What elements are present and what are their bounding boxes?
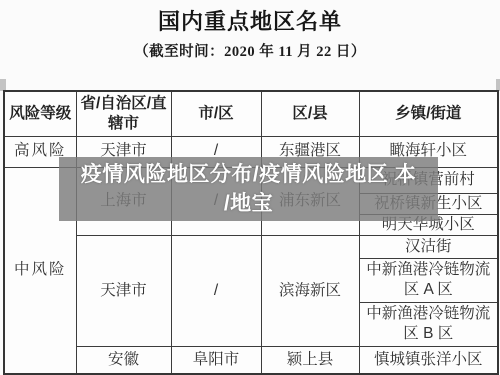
table-row: 天津市 / 滨海新区 汉沽街 [4,235,498,258]
header-city: 市/区 [171,91,261,136]
risk-area-table: 风险等级 省/自治区/直辖市 市/区 区/县 乡镇/街道 高风险 天津市 / 东… [3,90,499,375]
header-street: 乡镇/街道 [359,91,498,136]
watermark-overlay: 疫情风险地区分布/疫情风险地区 本 /地宝 [59,157,438,221]
page-title: 国内重点地区名单 [0,5,500,36]
watermark-line1: 疫情风险地区分布/疫情风险地区 本 [81,160,416,189]
city-cell: / [171,235,261,346]
district-cell: 滨海新区 [261,235,359,346]
header-risk-level: 风险等级 [4,91,76,136]
street-cell: 汉沽街 [359,235,498,258]
city-cell: 阜阳市 [171,346,261,374]
street-cell: 慎城镇张洋小区 [359,346,498,374]
street-cell: 中新渔港冷链物流区 A 区 [359,258,498,302]
header-district: 区/县 [261,91,359,136]
page-subtitle: （截至时间：2020 年 11 月 22 日） [0,40,500,61]
watermark-line2: /地宝 [224,189,273,218]
province-cell: 安徽 [76,346,171,374]
street-cell: 中新渔港冷链物流区 B 区 [359,302,498,346]
province-cell: 天津市 [76,235,171,346]
table-header-row: 风险等级 省/自治区/直辖市 市/区 区/县 乡镇/街道 [4,91,498,136]
screenshot-root: 国内重点地区名单 （截至时间：2020 年 11 月 22 日） 风险等级 省/… [0,0,500,375]
header-province: 省/自治区/直辖市 [76,91,171,136]
district-cell: 颍上县 [261,346,359,374]
table-row: 安徽 阜阳市 颍上县 慎城镇张洋小区 [4,346,498,374]
